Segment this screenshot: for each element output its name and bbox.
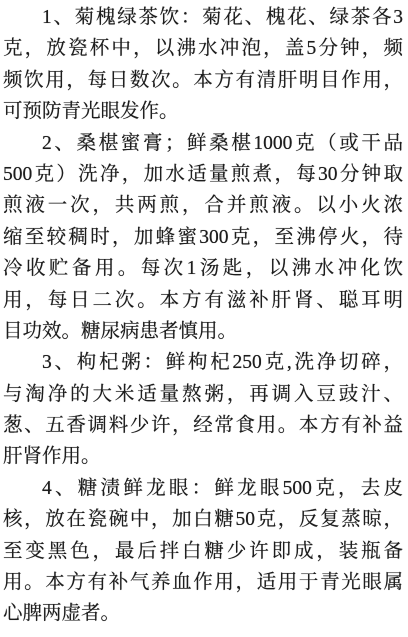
text-line: 葱、五香调料少许，经常食用。本方有补益 bbox=[3, 410, 403, 441]
paragraph-recipe-3: 3、枸杞粥：鲜枸杞250克,洗净切碎， 与淘净的大米适量熬粥，再调入豆豉汁、 葱… bbox=[3, 347, 403, 473]
text-line: 1、菊槐绿茶饮：菊花、槐花、绿茶各3 bbox=[3, 2, 403, 33]
paragraph-recipe-4: 4、糖渍鲜龙眼：鲜龙眼500克，去皮 核，放在瓷碗中，加白糖50克，反复蒸晾， … bbox=[3, 473, 403, 630]
paragraph-recipe-2: 2、桑椹蜜膏；鲜桑椹1000克（或干品 500克）洗净，加水适量煎煮，每30分钟… bbox=[3, 128, 403, 348]
text-line: 缩至较稠时，加蜂蜜300克，至沸停火，待 bbox=[3, 222, 403, 253]
paragraph-recipe-1: 1、菊槐绿茶饮：菊花、槐花、绿茶各3 克，放瓷杯中，以沸水冲泡，盖5分钟，频 频… bbox=[3, 2, 403, 128]
text-line: 肝肾作用。 bbox=[3, 441, 403, 472]
text-line: 2、桑椹蜜膏；鲜桑椹1000克（或干品 bbox=[3, 128, 403, 159]
text-line: 煎液一次，共两煎，合并煎液。以小火浓 bbox=[3, 190, 403, 221]
text-line: 克，放瓷杯中，以沸水冲泡，盖5分钟，频 bbox=[3, 33, 403, 64]
text-line: 用，每日二次。本方有滋补肝肾、聪耳明 bbox=[3, 285, 403, 316]
text-line: 用。本方有补气养血作用，适用于青光眼属 bbox=[3, 567, 403, 598]
text-line: 目功效。糖尿病患者慎用。 bbox=[3, 316, 403, 347]
text-line: 心脾两虚者。 bbox=[3, 598, 403, 629]
text-line: 频饮用，每日数次。本方有清肝明目作用， bbox=[3, 65, 403, 96]
scanned-document-page: 1、菊槐绿茶饮：菊花、槐花、绿茶各3 克，放瓷杯中，以沸水冲泡，盖5分钟，频 频… bbox=[0, 0, 408, 637]
text-line: 500克）洗净，加水适量煎煮，每30分钟取 bbox=[3, 159, 403, 190]
text-line: 与淘净的大米适量熬粥，再调入豆豉汁、 bbox=[3, 379, 403, 410]
text-line: 核，放在瓷碗中，加白糖50克，反复蒸晾， bbox=[3, 504, 403, 535]
text-line: 冷收贮备用。每次1汤匙，以沸水冲化饮 bbox=[3, 253, 403, 284]
text-line: 至变黑色，最后拌白糖少许即成，装瓶备 bbox=[3, 536, 403, 567]
text-line: 3、枸杞粥：鲜枸杞250克,洗净切碎， bbox=[3, 347, 403, 378]
text-line: 4、糖渍鲜龙眼：鲜龙眼500克，去皮 bbox=[3, 473, 403, 504]
text-line: 可预防青光眼发作。 bbox=[3, 96, 403, 127]
